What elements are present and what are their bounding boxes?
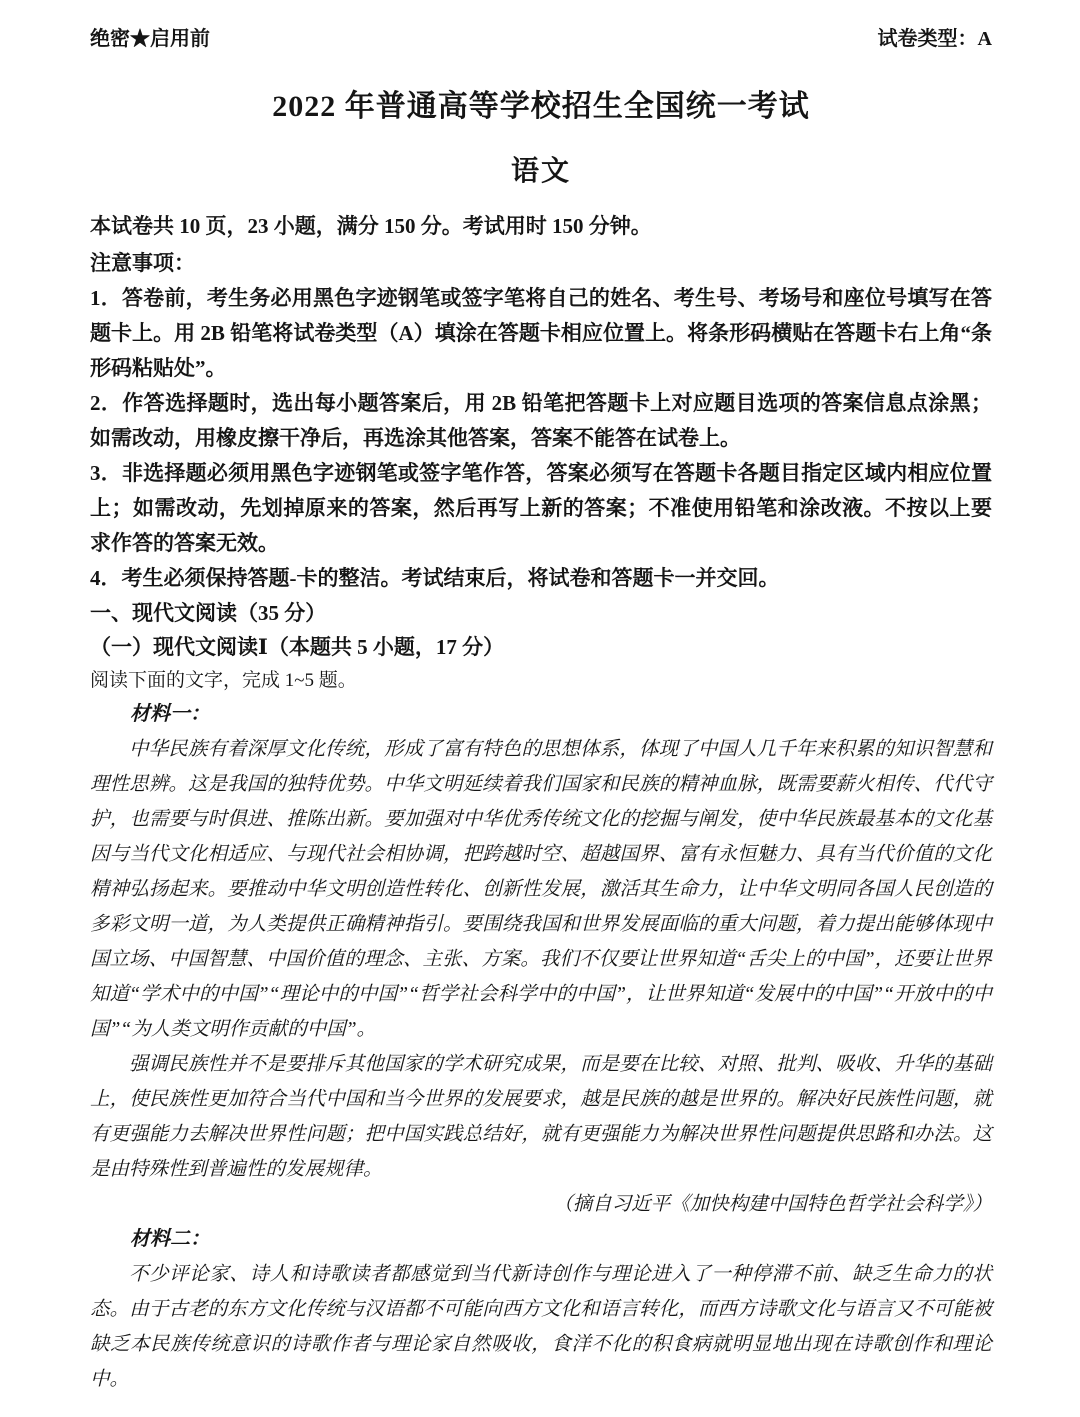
section-heading-modern-reading: 一、现代文阅读（35 分） — [90, 596, 992, 630]
page-header: 绝密★启用前 试卷类型：A — [90, 22, 992, 51]
material-1-paragraph-1: 中华民族有着深厚文化传统，形成了富有特色的思想体系，体现了中国人几千年来积累的知… — [90, 732, 992, 1047]
section-subheading-reading-1: （一）现代文阅读Ⅰ（本题共 5 小题，17 分） — [90, 630, 992, 664]
material-1-label: 材料一： — [90, 697, 992, 732]
material-2-label: 材料二： — [90, 1222, 992, 1257]
note-item-2: 2．作答选择题时，选出每小题答案后，用 2B 铅笔把答题卡上对应题目选项的答案信… — [90, 386, 992, 456]
exam-info-line: 本试卷共 10 页，23 小题，满分 150 分。考试用时 150 分钟。 — [90, 209, 992, 244]
notes-heading: 注意事项： — [90, 246, 992, 281]
reading-instruction: 阅读下面的文字，完成 1~5 题。 — [90, 664, 992, 697]
material-1-attribution: （摘自习近平《加快构建中国特色哲学社会科学》） — [90, 1187, 992, 1222]
paper-type-label: 试卷类型：A — [878, 22, 992, 51]
note-item-4: 4．考生必须保持答题-卡的整洁。考试结束后，将试卷和答题卡一并交回。 — [90, 561, 992, 596]
exam-title: 2022 年普通高等学校招生全国统一考试 — [90, 81, 992, 125]
security-label: 绝密★启用前 — [90, 22, 210, 51]
note-item-3: 3．非选择题必须用黑色字迹钢笔或签字笔作答，答案必须写在答题卡各题目指定区域内相… — [90, 456, 992, 561]
note-item-1: 1．答卷前，考生务必用黑色字迹钢笔或签字笔将自己的姓名、考生号、考场号和座位号填… — [90, 281, 992, 386]
exam-paper-page: 绝密★启用前 试卷类型：A 2022 年普通高等学校招生全国统一考试 语文 本试… — [0, 0, 1080, 1417]
material-1-paragraph-2: 强调民族性并不是要排斥其他国家的学术研究成果，而是要在比较、对照、批判、吸收、升… — [90, 1047, 992, 1187]
exam-subject: 语文 — [90, 149, 992, 189]
material-2-paragraph-1: 不少评论家、诗人和诗歌读者都感觉到当代新诗创作与理论进入了一种停滞不前、缺乏生命… — [90, 1257, 992, 1397]
